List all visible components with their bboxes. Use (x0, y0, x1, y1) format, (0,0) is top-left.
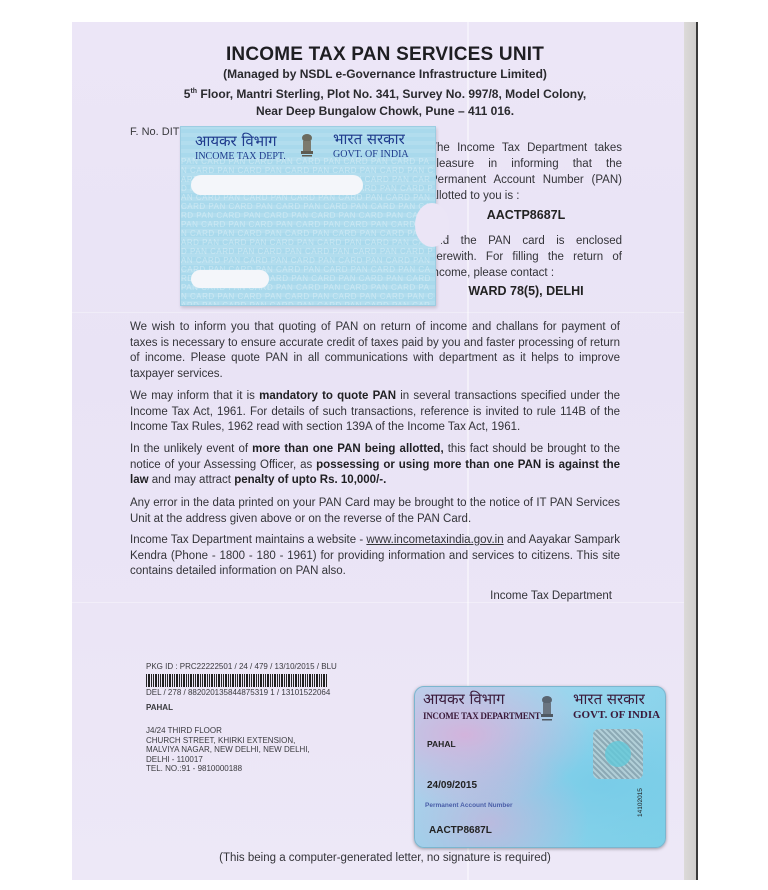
paper-fold (72, 312, 698, 313)
allotted-pan: AACTP8687L (430, 208, 622, 222)
mailing-label: PKG ID : PRC22222501 / 24 / 479 / 13/10/… (146, 662, 386, 774)
assessing-ward: WARD 78(5), DELHI (430, 284, 622, 298)
letterhead: INCOME TAX PAN SERVICES UNIT (Managed by… (72, 44, 698, 120)
card-pan-number: AACTP8687L (429, 825, 492, 836)
envelope-thumb-cutout (415, 203, 449, 247)
card-govt-hindi: भारत सरकार (573, 689, 645, 709)
envelope-dept-english: INCOME TAX DEPT. (195, 151, 286, 162)
envelope-dept-hindi: आयकर विभाग (195, 131, 277, 151)
signature-line: Income Tax Department (472, 590, 612, 602)
paragraph-multiple-pan: In the unlikely event of more than one P… (130, 442, 620, 489)
envelope-govt-english: GOVT. OF INDIA (333, 149, 409, 160)
national-emblem-icon (299, 133, 315, 159)
paragraph-quoting-pan: We wish to inform you that quoting of PA… (130, 320, 620, 382)
pan-card-envelope: PAN CARD PAN CARD PAN CARD PAN CARD PAN … (180, 126, 436, 306)
letterhead-address-line1: 5th Floor, Mantri Sterling, Plot No. 341… (72, 83, 698, 103)
card-pan-label: Permanent Account Number (425, 802, 513, 809)
national-emblem-icon (539, 695, 555, 723)
website-link[interactable]: www.incometaxindia.gov.in (366, 534, 503, 546)
card-issue-code: 14102015 (637, 788, 644, 817)
card-dept-english: INCOME TAX DEPARTMENT (423, 711, 540, 721)
scan-edge (684, 22, 698, 880)
envelope-govt-hindi: भारत सरकार (333, 129, 405, 149)
paragraph-data-errors: Any error in the data printed on your PA… (130, 496, 620, 527)
delivery-code: DEL / 278 / 882020135844875319 1 / 13101… (146, 688, 386, 698)
barcode (146, 674, 382, 687)
letterhead-title: INCOME TAX PAN SERVICES UNIT (72, 44, 698, 66)
letterhead-address-line2: Near Deep Bungalow Chowk, Pune – 411 016… (72, 103, 698, 120)
card-dept-hindi: आयकर विभाग (423, 689, 505, 709)
paragraph-mandatory-pan: We may inform that it is mandatory to qu… (130, 389, 620, 436)
paragraph-website: Income Tax Department maintains a websit… (130, 533, 620, 580)
computer-generated-note: (This being a computer-generated letter,… (72, 852, 698, 864)
letterhead-subtitle: (Managed by NSDL e-Governance Infrastruc… (72, 66, 698, 83)
card-date: 24/09/2015 (427, 780, 477, 791)
envelope-window (191, 270, 269, 288)
card-govt-english: GOVT. OF INDIA (573, 709, 660, 721)
recipient-address: J4/24 THIRD FLOOR CHURCH STREET, KHIRKI … (146, 726, 386, 774)
envelope-window (191, 175, 363, 195)
hologram-icon (593, 729, 643, 779)
package-id: PKG ID : PRC22222501 / 24 / 479 / 13/10/… (146, 662, 386, 672)
pan-allotment-letter: INCOME TAX PAN SERVICES UNIT (Managed by… (72, 22, 698, 880)
paper-fold (72, 602, 698, 603)
recipient-name: PAHAL (146, 703, 386, 713)
pan-card: आयकर विभाग INCOME TAX DEPARTMENT भारत सर… (414, 686, 666, 848)
card-holder-name: PAHAL (427, 739, 456, 749)
intro-text: The Income Tax Department takes pleasure… (430, 140, 622, 204)
intro-text-2: and the PAN card is enclosed herewith. F… (430, 233, 622, 281)
